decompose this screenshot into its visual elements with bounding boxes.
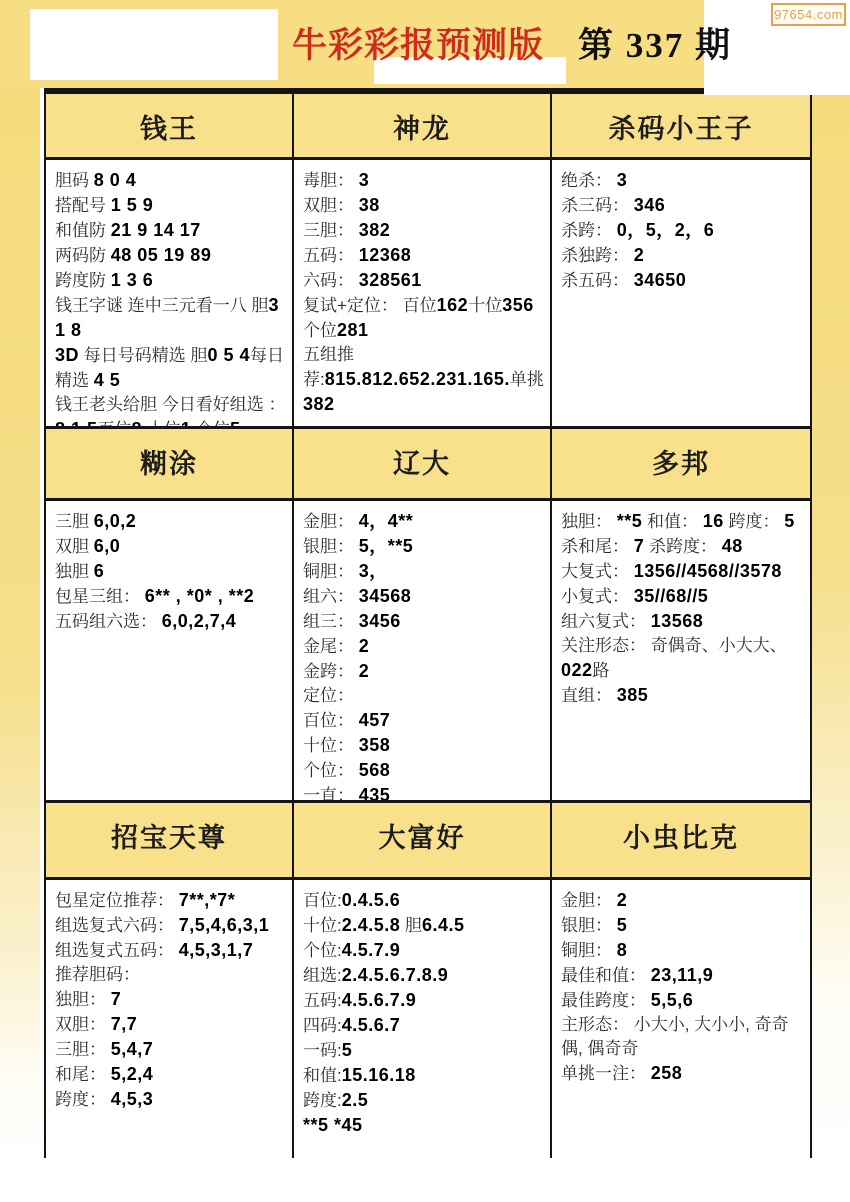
cell-header-label: 辽大: [393, 442, 451, 481]
line-label: 杀跨：: [561, 221, 617, 240]
line-value: 457: [359, 710, 391, 730]
prediction-line: 定位：: [303, 684, 544, 708]
cell-header-label: 糊涂: [140, 442, 198, 481]
line-label: 组选复式六码：: [55, 916, 179, 935]
line-value: 328561: [359, 270, 422, 290]
line-label: 独胆: [55, 562, 94, 581]
cell-content: 金胆： 2银胆： 5铜胆： 8最佳和值： 23,11,9最佳跨度： 5,5,6主…: [552, 880, 810, 1158]
line-label: 定位：: [303, 686, 354, 705]
prediction-line: 组选:2.4.5.6.7.8.9: [303, 963, 544, 988]
line-value: 8: [132, 419, 143, 426]
line-label: 铜胆：: [561, 941, 617, 960]
prediction-line: 独胆 6: [55, 559, 286, 584]
line-value: 4,5,3,1,7: [179, 940, 254, 960]
prediction-line: 跨度防 1 3 6: [55, 268, 286, 293]
cell-header: 多邦: [552, 426, 810, 501]
line-value: 16: [703, 511, 724, 531]
line-label: 每日号码精选 胆: [79, 346, 207, 365]
line-value: 5: [342, 1040, 353, 1060]
line-value: 162: [437, 295, 469, 315]
line-value: 5,4,7: [111, 1039, 154, 1059]
line-value: 346: [634, 195, 666, 215]
line-label: 双胆：: [303, 196, 359, 215]
line-value: 6,0,2,7,4: [162, 611, 237, 631]
line-label: 三胆：: [303, 221, 359, 240]
cell-header-label: 大富好: [379, 816, 466, 855]
line-value: 0 5 4: [207, 345, 250, 365]
line-label: 银胆：: [303, 537, 359, 556]
line-label: 六码：: [303, 271, 359, 290]
prediction-line: 双胆： 38: [303, 193, 544, 218]
prediction-line: **5 *45: [303, 1113, 544, 1138]
cell-header-label: 招宝天尊: [111, 816, 227, 855]
line-value: 7,7: [111, 1014, 138, 1034]
line-label: 一直：: [303, 786, 359, 800]
line-label: 一码:: [303, 1041, 342, 1060]
line-label: 百位：: [303, 711, 359, 730]
prediction-line: 三胆 6,0,2: [55, 509, 286, 534]
prediction-line: 包星定位推荐： 7**,*7*: [55, 888, 286, 913]
cell-header: 钱王: [46, 94, 292, 160]
line-label: 跨度：: [55, 1090, 111, 1109]
line-value: 48 05 19 89: [111, 245, 212, 265]
prediction-line: 金胆： 2: [561, 888, 804, 913]
prediction-line: 关注形态： 奇偶奇、小大大、022路: [561, 634, 804, 683]
line-label: 两码防: [55, 246, 111, 265]
prediction-line: 3D 每日号码精选 胆0 5 4每日精选 4 5: [55, 343, 286, 393]
line-label: 十位：: [303, 736, 359, 755]
line-label: 杀五码：: [561, 271, 634, 290]
prediction-line: 杀独跨： 2: [561, 243, 804, 268]
line-label: 金胆：: [561, 891, 617, 910]
line-value: 7,5,4,6,3,1: [179, 915, 270, 935]
masthead: 牛彩彩报预测版第 337 期: [292, 18, 732, 68]
line-value: 35//68//5: [634, 586, 709, 606]
line-label: 绝杀：: [561, 171, 617, 190]
line-value: 34650: [634, 270, 687, 290]
prediction-line: 五组推荐:815.812.652.231.165.单挑382: [303, 343, 544, 417]
prediction-line: 杀三码： 346: [561, 193, 804, 218]
prediction-line: 搭配号 1 5 9: [55, 193, 286, 218]
prediction-line: 双胆 6,0: [55, 534, 286, 559]
line-value: 1: [181, 419, 192, 426]
prediction-line: 最佳和值： 23,11,9: [561, 963, 804, 988]
cell-header-label: 杀码小王子: [609, 107, 754, 146]
line-label: 胆: [400, 916, 422, 935]
line-value: 6: [94, 561, 105, 581]
line-value: 48: [722, 536, 743, 556]
line-value: 1356//4568//3578: [634, 561, 782, 581]
line-value: 6,0,2: [94, 511, 137, 531]
cell-header: 糊涂: [46, 426, 292, 501]
prediction-line: 独胆： **5 和值： 16 跨度： 5 杀和尾： 7 杀跨度： 48: [561, 509, 804, 559]
cell-content: 独胆： **5 和值： 16 跨度： 5 杀和尾： 7 杀跨度： 48大复式： …: [552, 501, 810, 800]
line-value: 2.4.5.8: [342, 915, 401, 935]
line-value: 356: [502, 295, 534, 315]
prediction-line: 三胆： 382: [303, 218, 544, 243]
prediction-line: 五码： 12368: [303, 243, 544, 268]
line-value: 5: [617, 915, 628, 935]
prediction-cell: 钱王胆码 8 0 4搭配号 1 5 9和值防 21 9 14 17两码防 48 …: [46, 94, 294, 426]
page-title: 牛彩彩报预测版: [292, 26, 544, 65]
line-label: 路: [593, 661, 610, 680]
left-margin-strip: [0, 88, 40, 1160]
prediction-line: 包星三组： 6** , *0* , **2: [55, 584, 286, 609]
line-label: 双胆：: [55, 1015, 111, 1034]
line-value: 1 5 9: [111, 195, 154, 215]
cell-header-label: 钱王: [140, 107, 198, 146]
prediction-line: 银胆： 5，**5: [303, 534, 544, 559]
prediction-cell: 多邦独胆： **5 和值： 16 跨度： 5 杀和尾： 7 杀跨度： 48大复式…: [552, 426, 810, 800]
line-value: 8 0 4: [94, 170, 137, 190]
line-value: 2.4.5.6.7.8.9: [342, 965, 449, 985]
prediction-line: 复试+定位： 百位162十位356个位281: [303, 293, 544, 343]
line-value: 38: [359, 195, 380, 215]
line-value: 2: [617, 890, 628, 910]
cell-header: 招宝天尊: [46, 800, 292, 880]
line-label: 十位: [468, 296, 502, 315]
line-value: 7**,*7*: [179, 890, 236, 910]
line-label: 单挑: [510, 370, 544, 389]
line-value: 1 3 6: [111, 270, 154, 290]
line-label: 金跨：: [303, 662, 359, 681]
prediction-line: 十位:2.4.5.8 胆6.4.5: [303, 913, 544, 938]
line-value: 4.5.6.7: [342, 1015, 401, 1035]
line-label: 和尾：: [55, 1065, 111, 1084]
watermark-text: 97654.com: [774, 7, 843, 22]
prediction-line: 毒胆： 3: [303, 168, 544, 193]
line-value: 3，: [359, 561, 388, 581]
cell-header: 小虫比克: [552, 800, 810, 880]
line-label: 个位: [303, 321, 337, 340]
cell-header: 大富好: [294, 800, 550, 880]
cell-header-label: 多邦: [652, 442, 710, 481]
prediction-line: 一码:5: [303, 1038, 544, 1063]
cell-content: 金胆： 4，4**银胆： 5，**5铜胆： 3，组六： 34568组三： 345…: [294, 501, 550, 800]
line-value: 6.4.5: [422, 915, 465, 935]
prediction-cell: 糊涂三胆 6,0,2双胆 6,0独胆 6包星三组： 6** , *0* , **…: [46, 426, 294, 800]
line-value: 0.4.5.6: [342, 890, 401, 910]
line-label: 主形态： 小大小, 大小小, 奇奇偶, 偶奇奇: [561, 1015, 789, 1058]
prediction-line: 大复式： 1356//4568//3578: [561, 559, 804, 584]
line-label: 单挑一注：: [561, 1064, 651, 1083]
prediction-line: 和值防 21 9 14 17: [55, 218, 286, 243]
line-label: 和值:: [303, 1066, 342, 1085]
prediction-line: 组三： 3456: [303, 609, 544, 634]
line-label: 个位：: [303, 761, 359, 780]
redacted-box-left: [30, 9, 278, 80]
cell-header: 杀码小王子: [552, 94, 810, 160]
line-label: 最佳和值：: [561, 966, 651, 985]
line-label: 五码组六选：: [55, 612, 162, 631]
line-value: 15.16.18: [342, 1065, 416, 1085]
line-label: 组选:: [303, 966, 342, 985]
line-label: 包星定位推荐：: [55, 891, 179, 910]
prediction-line: 组六： 34568: [303, 584, 544, 609]
line-value: 7: [111, 989, 122, 1009]
line-label: 毒胆：: [303, 171, 359, 190]
cell-header: 神龙: [294, 94, 550, 160]
line-label: 十位:: [303, 916, 342, 935]
prediction-line: 钱王老头给胆 今日看好组选 ： 8 1 5百位8 十位1 个位5: [55, 393, 286, 426]
prediction-line: 铜胆： 3，: [303, 559, 544, 584]
line-label: 跨度：: [724, 512, 784, 531]
prediction-line: 百位： 457: [303, 708, 544, 733]
prediction-cell: 大富好百位:0.4.5.6十位:2.4.5.8 胆6.4.5个位:4.5.7.9…: [294, 800, 552, 1158]
line-label: 复试+定位： 百位: [303, 296, 437, 315]
line-label: 银胆：: [561, 916, 617, 935]
line-value: 358: [359, 735, 391, 755]
line-value: 6,0: [94, 536, 121, 556]
line-label: 搭配号: [55, 196, 111, 215]
line-value: 258: [651, 1063, 683, 1083]
prediction-grid: 钱王胆码 8 0 4搭配号 1 5 9和值防 21 9 14 17两码防 48 …: [44, 88, 812, 1158]
line-label: 组选复式五码：: [55, 941, 179, 960]
prediction-line: 杀跨： 0，5，2，6: [561, 218, 804, 243]
line-label: 杀和尾：: [561, 537, 634, 556]
prediction-line: 钱王字谜 连中三元看一八 胆3 1 8: [55, 293, 286, 343]
prediction-line: 小复式： 35//68//5: [561, 584, 804, 609]
line-label: 胆码: [55, 171, 94, 190]
line-value: 3: [359, 170, 370, 190]
line-label: 包星三组：: [55, 587, 145, 606]
line-label: 和值防: [55, 221, 111, 240]
line-value: 6** , *0* , **2: [145, 586, 255, 606]
line-label: 跨度防: [55, 271, 111, 290]
line-label: 金胆：: [303, 512, 359, 531]
prediction-line: 绝杀： 3: [561, 168, 804, 193]
line-value: 382: [303, 394, 335, 414]
line-value: 3456: [359, 611, 401, 631]
line-label: 三胆：: [55, 1040, 111, 1059]
line-value: 568: [359, 760, 391, 780]
cell-content: 绝杀： 3杀三码： 346杀跨： 0，5，2，6杀独跨： 2杀五码： 34650: [552, 160, 810, 426]
line-label: 推荐胆码：: [55, 965, 140, 984]
prediction-line: 金尾： 2: [303, 634, 544, 659]
cell-content: 三胆 6,0,2双胆 6,0独胆 6包星三组： 6** , *0* , **2五…: [46, 501, 292, 800]
line-value: 12368: [359, 245, 412, 265]
line-label: 五码:: [303, 991, 342, 1010]
prediction-line: 和尾： 5,2,4: [55, 1062, 286, 1087]
line-label: 百位:: [303, 891, 342, 910]
prediction-line: 两码防 48 05 19 89: [55, 243, 286, 268]
line-label: 大复式：: [561, 562, 634, 581]
prediction-cell: 杀码小王子绝杀： 3杀三码： 346杀跨： 0，5，2，6杀独跨： 2杀五码： …: [552, 94, 810, 426]
line-value: 2: [634, 245, 645, 265]
line-label: 和值：: [642, 512, 702, 531]
cell-header-label: 神龙: [393, 107, 451, 146]
line-label: 直组：: [561, 686, 617, 705]
line-label: 组三：: [303, 612, 359, 631]
prediction-line: 单挑一注： 258: [561, 1061, 804, 1086]
line-label: 钱王老头给胆 今日看好组选 ：: [55, 395, 285, 414]
prediction-line: 独胆： 7: [55, 987, 286, 1012]
prediction-line: 五码:4.5.6.7.9: [303, 988, 544, 1013]
prediction-cell: 神龙毒胆： 3双胆： 38三胆： 382五码： 12368六码： 328561复…: [294, 94, 552, 426]
page: { "watermark": "97654.com", "banner": { …: [0, 0, 850, 1202]
line-value: 2.5: [342, 1090, 369, 1110]
line-value: 4.5.7.9: [342, 940, 401, 960]
line-value: 3: [617, 170, 628, 190]
line-label: 小复式：: [561, 587, 634, 606]
line-value: 435: [359, 785, 391, 800]
prediction-line: 十位： 358: [303, 733, 544, 758]
line-label: 个位:: [303, 941, 342, 960]
line-label: 组六复式：: [561, 612, 651, 631]
line-value: 5,2,4: [111, 1064, 154, 1084]
line-value: 34568: [359, 586, 412, 606]
prediction-line: 金跨： 2: [303, 659, 544, 684]
prediction-line: 直组： 385: [561, 683, 804, 708]
line-label: 双胆: [55, 537, 94, 556]
prediction-line: 组选复式五码： 4,5,3,1,7: [55, 938, 286, 963]
line-value: 4 5: [94, 370, 121, 390]
prediction-line: 跨度： 4,5,3: [55, 1087, 286, 1112]
line-value: 2: [359, 661, 370, 681]
line-label: 独胆：: [55, 990, 111, 1009]
prediction-cell: 辽大金胆： 4，4**银胆： 5，**5铜胆： 3，组六： 34568组三： 3…: [294, 426, 552, 800]
line-label: 铜胆：: [303, 562, 359, 581]
prediction-line: 和值:15.16.18: [303, 1063, 544, 1088]
cell-content: 胆码 8 0 4搭配号 1 5 9和值防 21 9 14 17两码防 48 05…: [46, 160, 292, 426]
prediction-cell: 小虫比克金胆： 2银胆： 5铜胆： 8最佳和值： 23,11,9最佳跨度： 5,…: [552, 800, 810, 1158]
line-value: 022: [561, 660, 593, 680]
line-value: 4,5,3: [111, 1089, 154, 1109]
line-value: 23,11,9: [651, 965, 714, 985]
prediction-line: 四码:4.5.6.7: [303, 1013, 544, 1038]
line-label: 三胆: [55, 512, 94, 531]
prediction-line: 双胆： 7,7: [55, 1012, 286, 1037]
prediction-line: 六码： 328561: [303, 268, 544, 293]
line-value: 3D: [55, 345, 79, 365]
prediction-line: 最佳跨度： 5,5,6: [561, 988, 804, 1013]
prediction-line: 三胆： 5,4,7: [55, 1037, 286, 1062]
line-label: 金尾：: [303, 637, 359, 656]
line-value: 8: [617, 940, 628, 960]
prediction-line: 推荐胆码：: [55, 963, 286, 987]
cell-header: 辽大: [294, 426, 550, 501]
prediction-line: 百位:0.4.5.6: [303, 888, 544, 913]
line-value: 5: [784, 511, 795, 531]
prediction-line: 个位:4.5.7.9: [303, 938, 544, 963]
line-label: 关注形态： 奇偶奇、小大大、: [561, 636, 787, 655]
prediction-line: 组六复式： 13568: [561, 609, 804, 634]
line-value: **5 *45: [303, 1115, 363, 1135]
line-label: 杀跨度：: [644, 537, 721, 556]
line-value: 13568: [651, 611, 704, 631]
line-value: 8 1 5: [55, 419, 98, 426]
prediction-line: 一直： 435: [303, 783, 544, 800]
cell-content: 包星定位推荐： 7**,*7*组选复式六码： 7,5,4,6,3,1组选复式五码…: [46, 880, 292, 1158]
line-value: 0，5，2，6: [617, 220, 715, 240]
line-value: 21 9 14 17: [111, 220, 201, 240]
line-label: 杀独跨：: [561, 246, 634, 265]
line-value: 2: [359, 636, 370, 656]
issue-number: 第 337 期: [578, 26, 732, 65]
prediction-line: 个位： 568: [303, 758, 544, 783]
prediction-line: 金胆： 4，4**: [303, 509, 544, 534]
prediction-line: 杀五码： 34650: [561, 268, 804, 293]
line-value: 7: [634, 536, 645, 556]
line-value: 5: [230, 419, 241, 426]
line-value: **5: [617, 511, 643, 531]
prediction-line: 五码组六选： 6,0,2,7,4: [55, 609, 286, 634]
cell-content: 毒胆： 3双胆： 38三胆： 382五码： 12368六码： 328561复试+…: [294, 160, 550, 426]
line-value: 385: [617, 685, 649, 705]
line-value: 5,5,6: [651, 990, 694, 1010]
cell-content: 百位:0.4.5.6十位:2.4.5.8 胆6.4.5个位:4.5.7.9组选:…: [294, 880, 550, 1158]
line-value: 815.812.652.231.165.: [325, 369, 510, 389]
prediction-line: 组选复式六码： 7,5,4,6,3,1: [55, 913, 286, 938]
line-value: 5，**5: [359, 536, 414, 556]
line-value: 4.5.6.7.9: [342, 990, 417, 1010]
line-label: 组六：: [303, 587, 359, 606]
right-margin-strip: [812, 95, 850, 1160]
line-value: 4，4**: [359, 511, 414, 531]
prediction-cell: 招宝天尊包星定位推荐： 7**,*7*组选复式六码： 7,5,4,6,3,1组选…: [46, 800, 294, 1158]
line-label: 独胆：: [561, 512, 617, 531]
prediction-line: 铜胆： 8: [561, 938, 804, 963]
prediction-line: 银胆： 5: [561, 913, 804, 938]
prediction-line: 主形态： 小大小, 大小小, 奇奇偶, 偶奇奇: [561, 1013, 804, 1061]
line-label: 杀三码：: [561, 196, 634, 215]
line-label: 四码:: [303, 1016, 342, 1035]
line-label: 五码：: [303, 246, 359, 265]
prediction-line: 胆码 8 0 4: [55, 168, 286, 193]
line-label: 跨度:: [303, 1091, 342, 1110]
prediction-line: 跨度:2.5: [303, 1088, 544, 1113]
line-label: 最佳跨度：: [561, 991, 651, 1010]
cell-header-label: 小虫比克: [623, 816, 739, 855]
watermark-badge: 97654.com: [771, 3, 846, 26]
line-value: 382: [359, 220, 391, 240]
line-label: 钱王字谜 连中三元看一八 胆: [55, 296, 268, 315]
line-value: 281: [337, 320, 369, 340]
